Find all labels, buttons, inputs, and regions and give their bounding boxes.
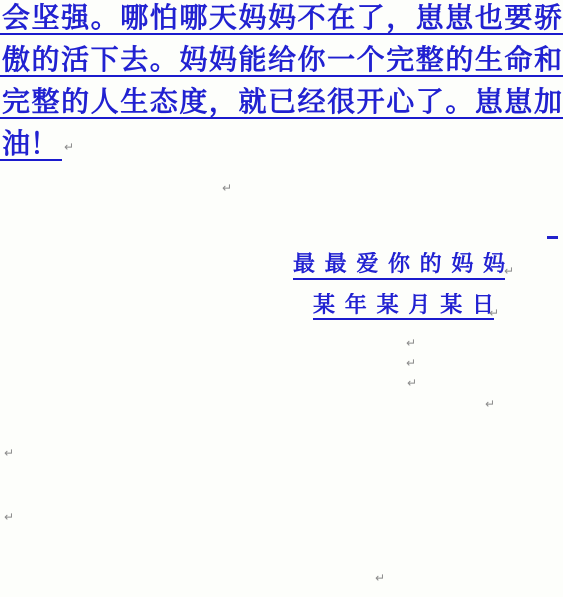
paragraph-mark-icon: ↵ (64, 141, 74, 153)
paragraph-mark-icon: ↵ (489, 307, 499, 319)
paragraph-mark-icon: ↵ (406, 357, 416, 369)
signature-date-line[interactable]: 某年某月某日 (313, 293, 494, 320)
paragraph-mark-icon: ↵ (222, 182, 232, 194)
body-text-line-3[interactable]: 完整的人生态度，就已经很开心了。崽崽加 (0, 86, 563, 119)
paragraph-mark-icon: ↵ (485, 398, 495, 410)
paragraph-mark-icon: ↵ (504, 265, 514, 277)
paragraph-mark-icon: ↵ (4, 447, 14, 459)
signature-line[interactable]: 最最爱你的妈妈 (293, 252, 505, 280)
body-text-line-2[interactable]: 傲的活下去。妈妈能给你一个完整的生命和 (0, 44, 563, 77)
body-text-line-1[interactable]: 会坚强。哪怕哪天妈妈不在了，崽崽也要骄 (0, 2, 563, 35)
paragraph-mark-icon: ↵ (4, 511, 14, 523)
paragraph-mark-icon: ↵ (375, 572, 385, 584)
body-text-line-4[interactable]: 油！ (0, 128, 62, 161)
document-page: 会坚强。哪怕哪天妈妈不在了，崽崽也要骄 傲的活下去。妈妈能给你一个完整的生命和 … (0, 0, 563, 597)
paragraph-mark-icon: ↵ (406, 337, 416, 349)
underlined-blank-dash (547, 236, 558, 239)
paragraph-mark-icon: ↵ (407, 377, 417, 389)
